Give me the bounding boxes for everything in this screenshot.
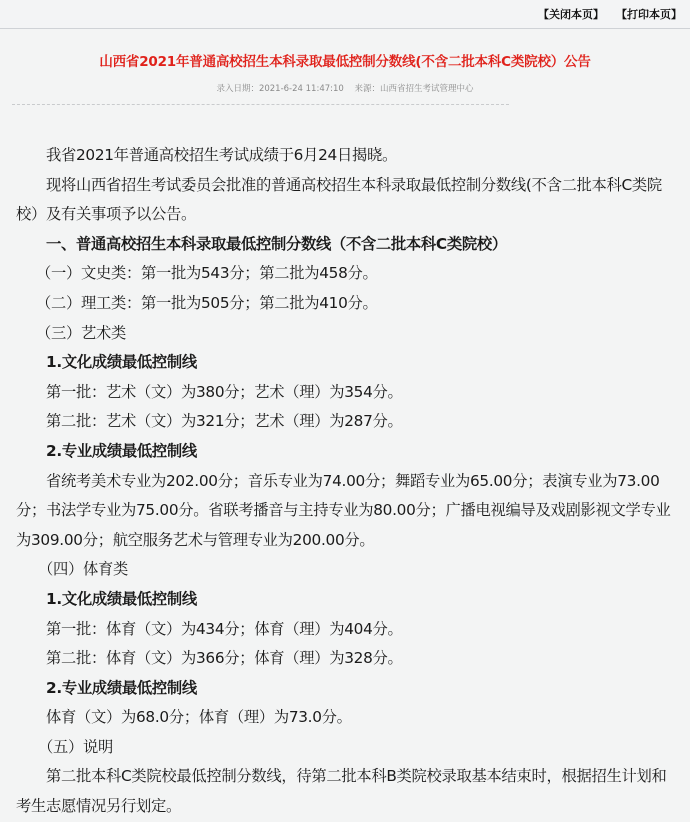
article-title: 山西省2021年普通高校招生本科录取最低控制分数线(不含二批本科C类院校）公告 xyxy=(0,50,690,70)
article-body: 我省2021年普通高校招生考试成绩于6月24日揭晓。 现将山西省招生考试委员会批… xyxy=(16,141,678,822)
item-notes: （五）说明 xyxy=(16,733,678,763)
paragraph-announcement: 现将山西省招生考试委员会批准的普通高校招生本科录取最低控制分数线(不含二批本科C… xyxy=(16,171,678,230)
arts-major-heading: 2.专业成绩最低控制线 xyxy=(16,437,678,467)
item-sports: （四）体育类 xyxy=(16,555,678,585)
sports-culture-heading: 1.文化成绩最低控制线 xyxy=(16,585,678,615)
top-toolbar: 【关闭本页】 【打印本页】 xyxy=(0,0,690,29)
source-label: 来源：山西省招生考试管理中心 xyxy=(355,84,474,94)
sports-major-scores: 体育（文）为68.0分；体育（理）为73.0分。 xyxy=(16,703,678,733)
arts-major-scores: 省统考美术专业为202.00分；音乐专业为74.00分；舞蹈专业为65.00分；… xyxy=(16,467,678,556)
toolbar-links: 【关闭本页】 【打印本页】 xyxy=(538,6,682,22)
notes-text: 第二批本科C类院校最低控制分数线，待第二批本科B类院校录取基本结束时，根据招生计… xyxy=(16,762,678,821)
arts-batch-1: 第一批：艺术（文）为380分；艺术（理）为354分。 xyxy=(16,378,678,408)
sports-major-heading: 2.专业成绩最低控制线 xyxy=(16,674,678,704)
close-page-button[interactable]: 【关闭本页】 xyxy=(538,6,604,22)
arts-culture-heading: 1.文化成绩最低控制线 xyxy=(16,348,678,378)
divider xyxy=(12,104,509,105)
item-liberal-arts: （一）文史类：第一批为543分；第二批为458分。 xyxy=(16,259,678,289)
item-arts: （三）艺术类 xyxy=(16,319,678,349)
article-meta: 录入日期：2021-6-24 11:47:10 来源：山西省招生考试管理中心 xyxy=(0,82,690,94)
paragraph-intro: 我省2021年普通高校招生考试成绩于6月24日揭晓。 xyxy=(16,141,678,171)
sports-batch-2: 第二批：体育（文）为366分；体育（理）为328分。 xyxy=(16,644,678,674)
arts-batch-2: 第二批：艺术（文）为321分；艺术（理）为287分。 xyxy=(16,407,678,437)
print-page-button[interactable]: 【打印本页】 xyxy=(616,6,682,22)
item-science: （二）理工类：第一批为505分；第二批为410分。 xyxy=(16,289,678,319)
date-label: 录入日期：2021-6-24 11:47:10 xyxy=(216,84,343,94)
sports-batch-1: 第一批：体育（文）为434分；体育（理）为404分。 xyxy=(16,615,678,645)
section-heading-1: 一、普通高校招生本科录取最低控制分数线（不含二批本科C类院校） xyxy=(16,230,678,260)
